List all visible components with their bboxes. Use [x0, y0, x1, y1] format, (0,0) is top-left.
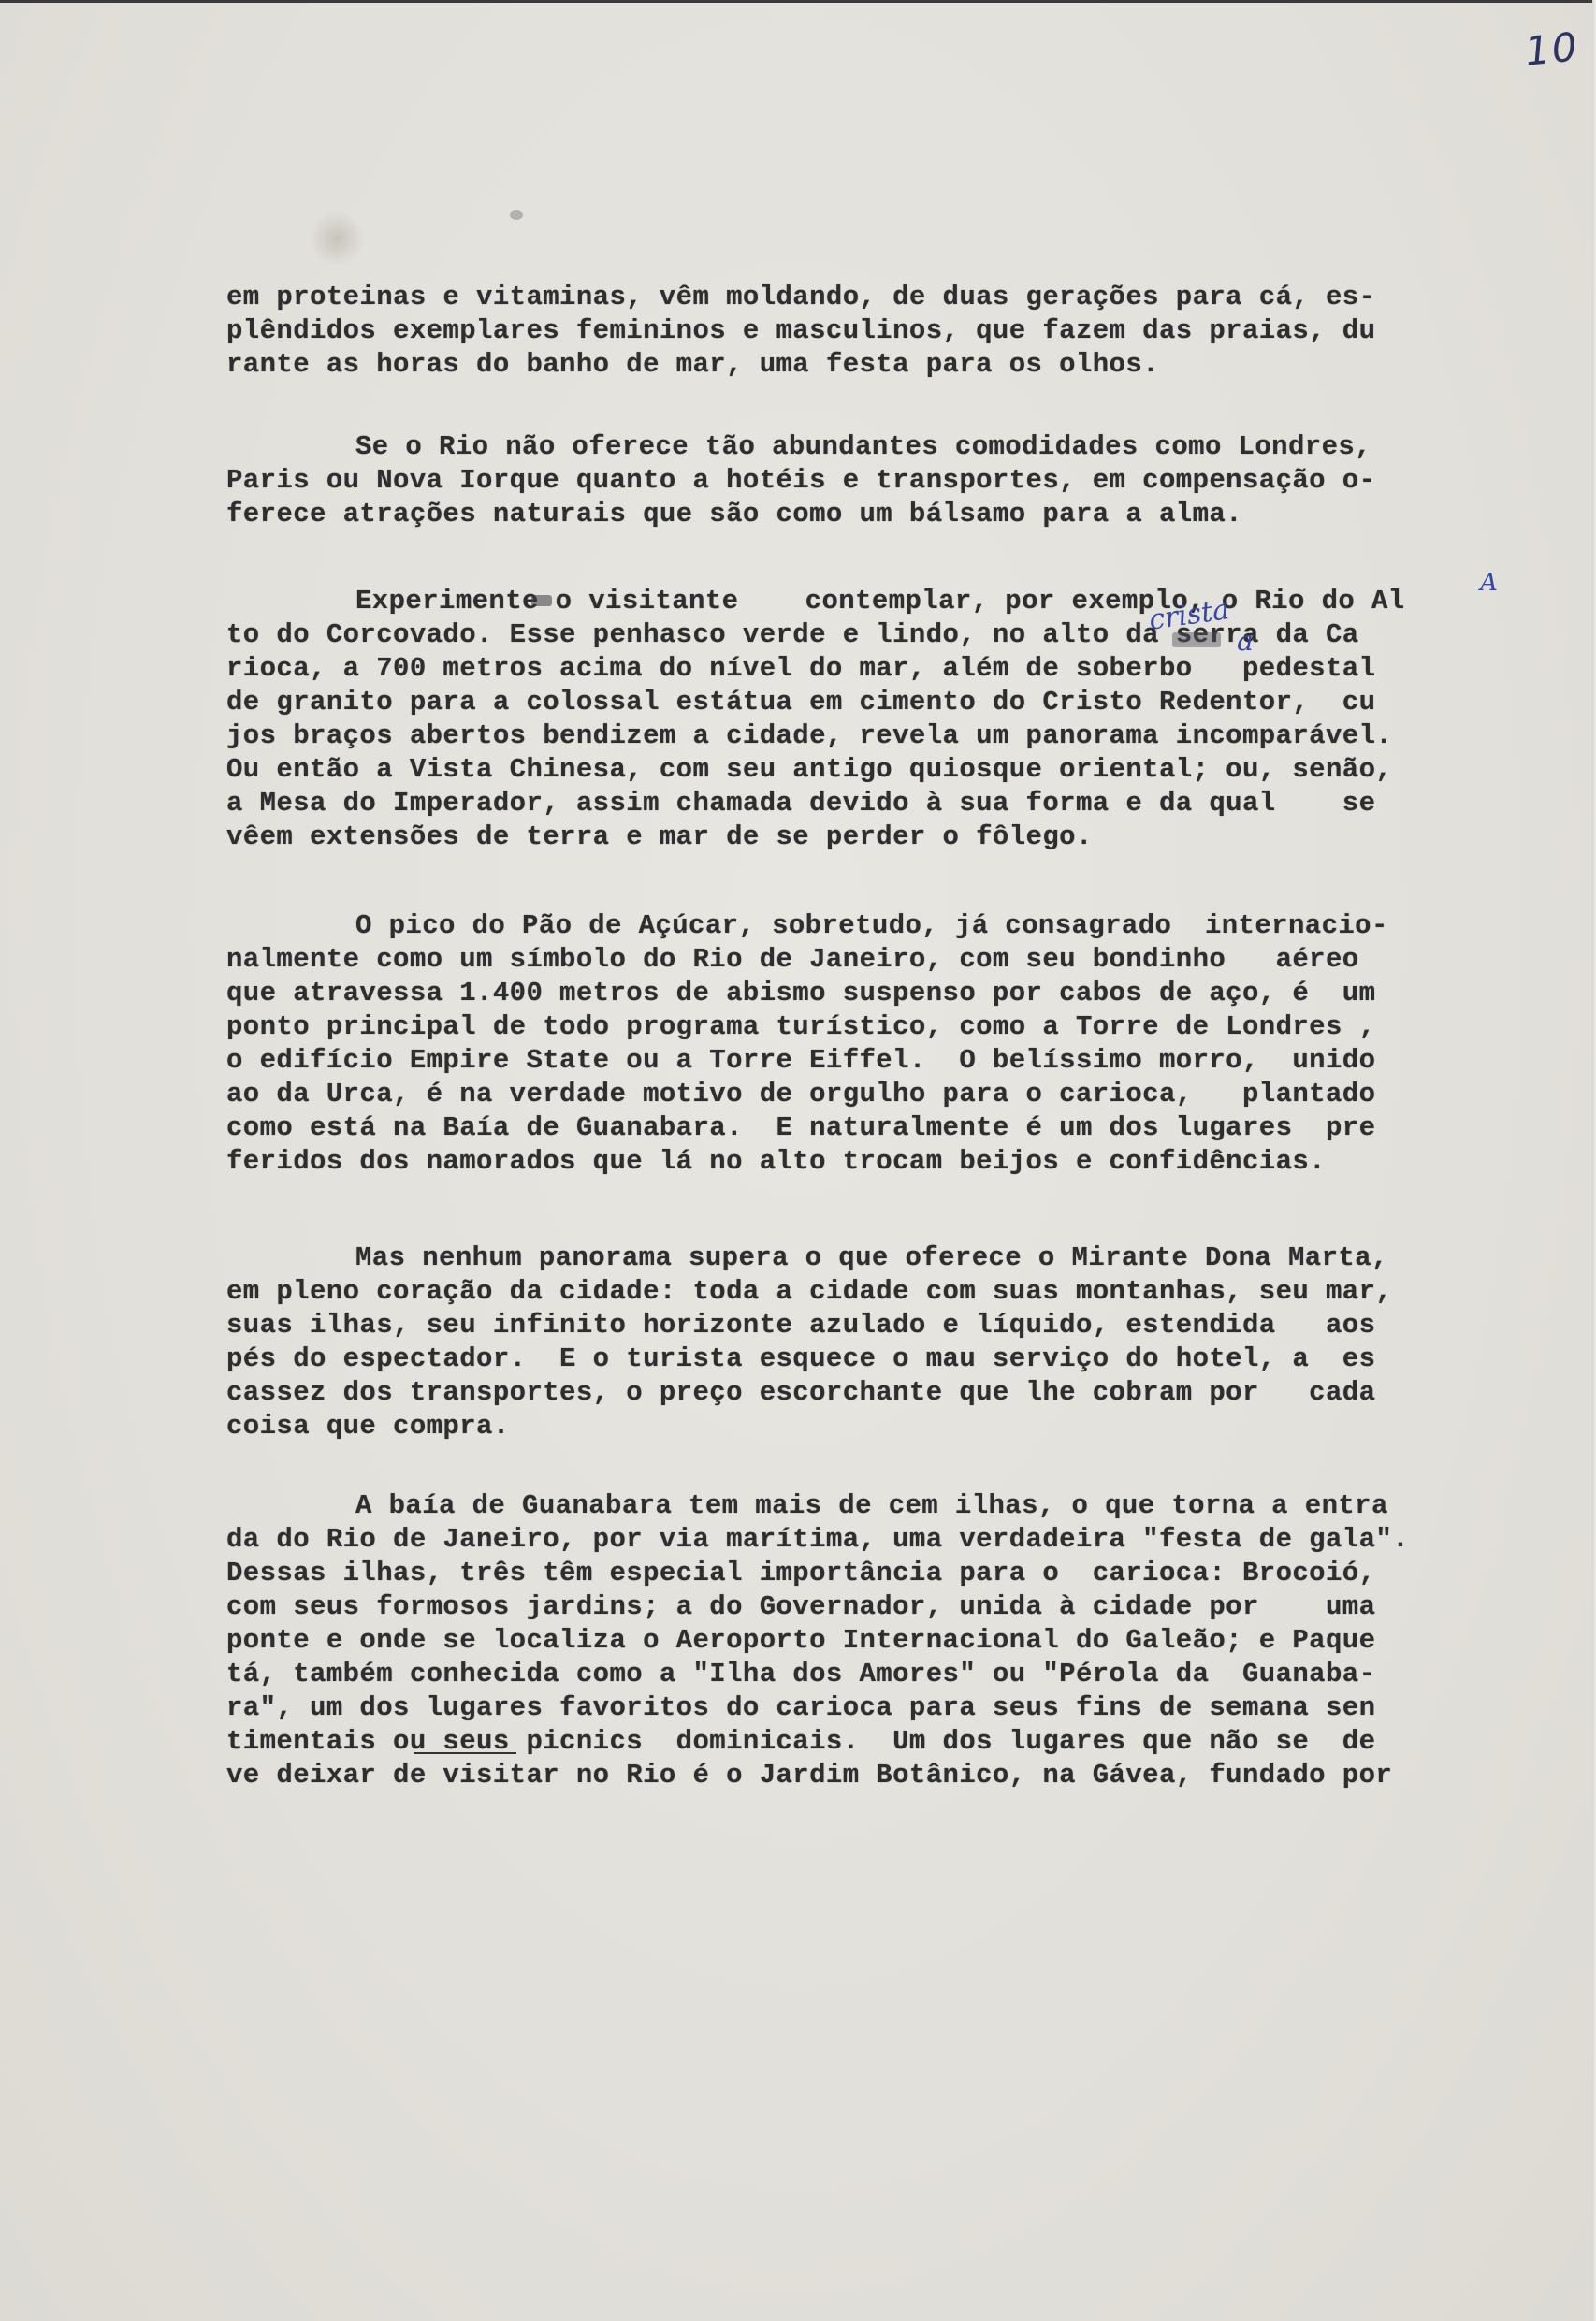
text-line: Mas nenhum panorama supera o que oferece… [355, 1241, 1506, 1275]
text-line: que atravessa 1.400 metros de abismo sus… [226, 977, 1506, 1010]
page-right-edge [1592, 0, 1596, 2321]
text-line: ao da Urca, é na verdade motivo de orgul… [226, 1078, 1506, 1111]
text-line: suas ilhas, seu infinito horizonte azula… [226, 1309, 1506, 1342]
text-line: feridos dos namorados que lá no alto tro… [226, 1145, 1506, 1179]
text-line: Paris ou Nova Iorque quanto a hotéis e t… [226, 464, 1506, 498]
text-line: ve deixar de visitar no Rio é o Jardim B… [226, 1759, 1506, 1792]
text-line: ra", um dos lugares favoritos do carioca… [226, 1691, 1506, 1725]
text-line: em pleno coração da cidade: toda a cidad… [226, 1275, 1506, 1309]
page-top-edge [0, 0, 1596, 3]
text-line: O pico do Pão de Açúcar, sobretudo, já c… [355, 909, 1506, 943]
ink-dot [510, 210, 523, 220]
text-line: jos braços abertos bendizem a cidade, re… [226, 719, 1506, 753]
document-page: 10 em proteinas e vitaminas, vêm moldand… [0, 0, 1596, 2321]
typed-strikeout [531, 595, 552, 606]
text-line: de granito para a colossal estátua em ci… [226, 686, 1506, 719]
handwritten-correction-a: a [1237, 625, 1254, 658]
text-line: em proteinas e vitaminas, vêm moldando, … [226, 281, 1506, 314]
text-line: ponto principal de todo programa turísti… [226, 1010, 1506, 1044]
text-line: coisa que compra. [226, 1410, 1506, 1443]
text-line: Se o Rio não oferece tão abundantes como… [355, 430, 1506, 464]
text-line: ponte e onde se localiza o Aeroporto Int… [226, 1624, 1506, 1658]
page-number: 10 [1523, 23, 1581, 75]
underline-picnics [414, 1752, 516, 1754]
text-line: nalmente como um símbolo do Rio de Janei… [226, 943, 1506, 977]
text-line: to do Corcovado. Esse penhasco verde e l… [226, 618, 1506, 652]
text-line: A baía de Guanabara tem mais de cem ilha… [355, 1489, 1506, 1523]
text-line: como está na Baía de Guanabara. E natura… [226, 1111, 1506, 1145]
text-line: o edifício Empire State ou a Torre Eiffe… [226, 1044, 1506, 1078]
text-line: Ou então a Vista Chinesa, com seu antigo… [226, 753, 1506, 787]
handwritten-correction-capital-a: A [1480, 569, 1498, 597]
text-line: rioca, a 700 metros acima do nível do ma… [226, 652, 1506, 686]
crossed-out-word [1172, 632, 1221, 647]
text-line: rante as horas do banho de mar, uma fest… [226, 348, 1506, 382]
text-line: pés do espectador. E o turista esquece o… [226, 1342, 1506, 1376]
text-line: Dessas ilhas, três têm especial importân… [226, 1557, 1506, 1590]
text-line: a Mesa do Imperador, assim chamada devid… [226, 787, 1506, 820]
text-line: Experimente o visitante contemplar, por … [355, 585, 1506, 618]
text-line: ferece atrações naturais que são como um… [226, 498, 1506, 531]
text-line: vêem extensões de terra e mar de se perd… [226, 820, 1506, 854]
text-line: plêndidos exemplares femininos e masculi… [226, 314, 1506, 348]
text-line: da do Rio de Janeiro, por via marítima, … [226, 1523, 1506, 1557]
text-line: tá, também conhecida como a "Ilha dos Am… [226, 1658, 1506, 1691]
ink-smudge [309, 210, 365, 267]
text-line: cassez dos transportes, o preço escorcha… [226, 1376, 1506, 1410]
text-line: com seus formosos jardins; a do Governad… [226, 1590, 1506, 1624]
